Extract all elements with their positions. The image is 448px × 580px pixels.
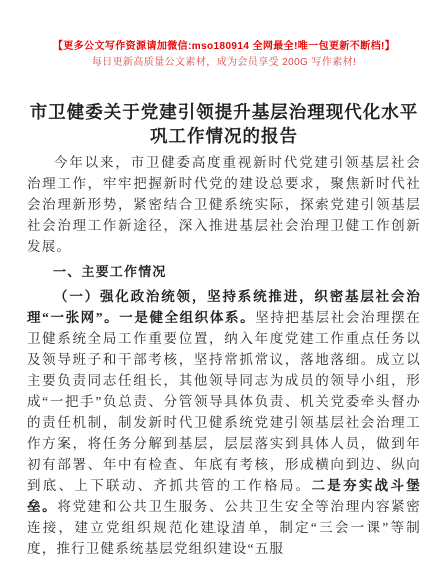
paragraph-section-1: （一）强化政治统领，坚持系统推进，织密基层社会治理“一张网”。一是健全组织体系。… [27,286,421,559]
point-1-label: 一是健全组织体系。 [119,310,255,325]
point-1-text: 坚持把基层社会治理摆在卫健系统全局工作重要位置，纳入年度党建工作重点任务以及领导… [27,310,421,493]
document-title: 市卫健委关于党建引领提升基层治理现代化水平巩工作情况的报告 [28,100,420,148]
section-heading-1: 一、主要工作情况 [27,261,421,282]
promo-line-1: 【更多公文写作资源请加微信:mso180914 全网最全!唯一包更新不断档!】 [0,40,448,53]
document-page: 【更多公文写作资源请加微信:mso180914 全网最全!唯一包更新不断档!】 … [0,0,448,580]
promo-banner: 【更多公文写作资源请加微信:mso180914 全网最全!唯一包更新不断档!】 … [0,0,448,69]
promo-line-2: 每日更新高质量公文素材，成为会员享受 200G 写作素材! [0,56,448,69]
page-number: — 1 — [0,526,448,538]
paragraph-intro: 今年以来，市卫健委高度重视新时代党建引领基层社会治理工作，牢牢把握新时代党的建设… [27,152,421,257]
